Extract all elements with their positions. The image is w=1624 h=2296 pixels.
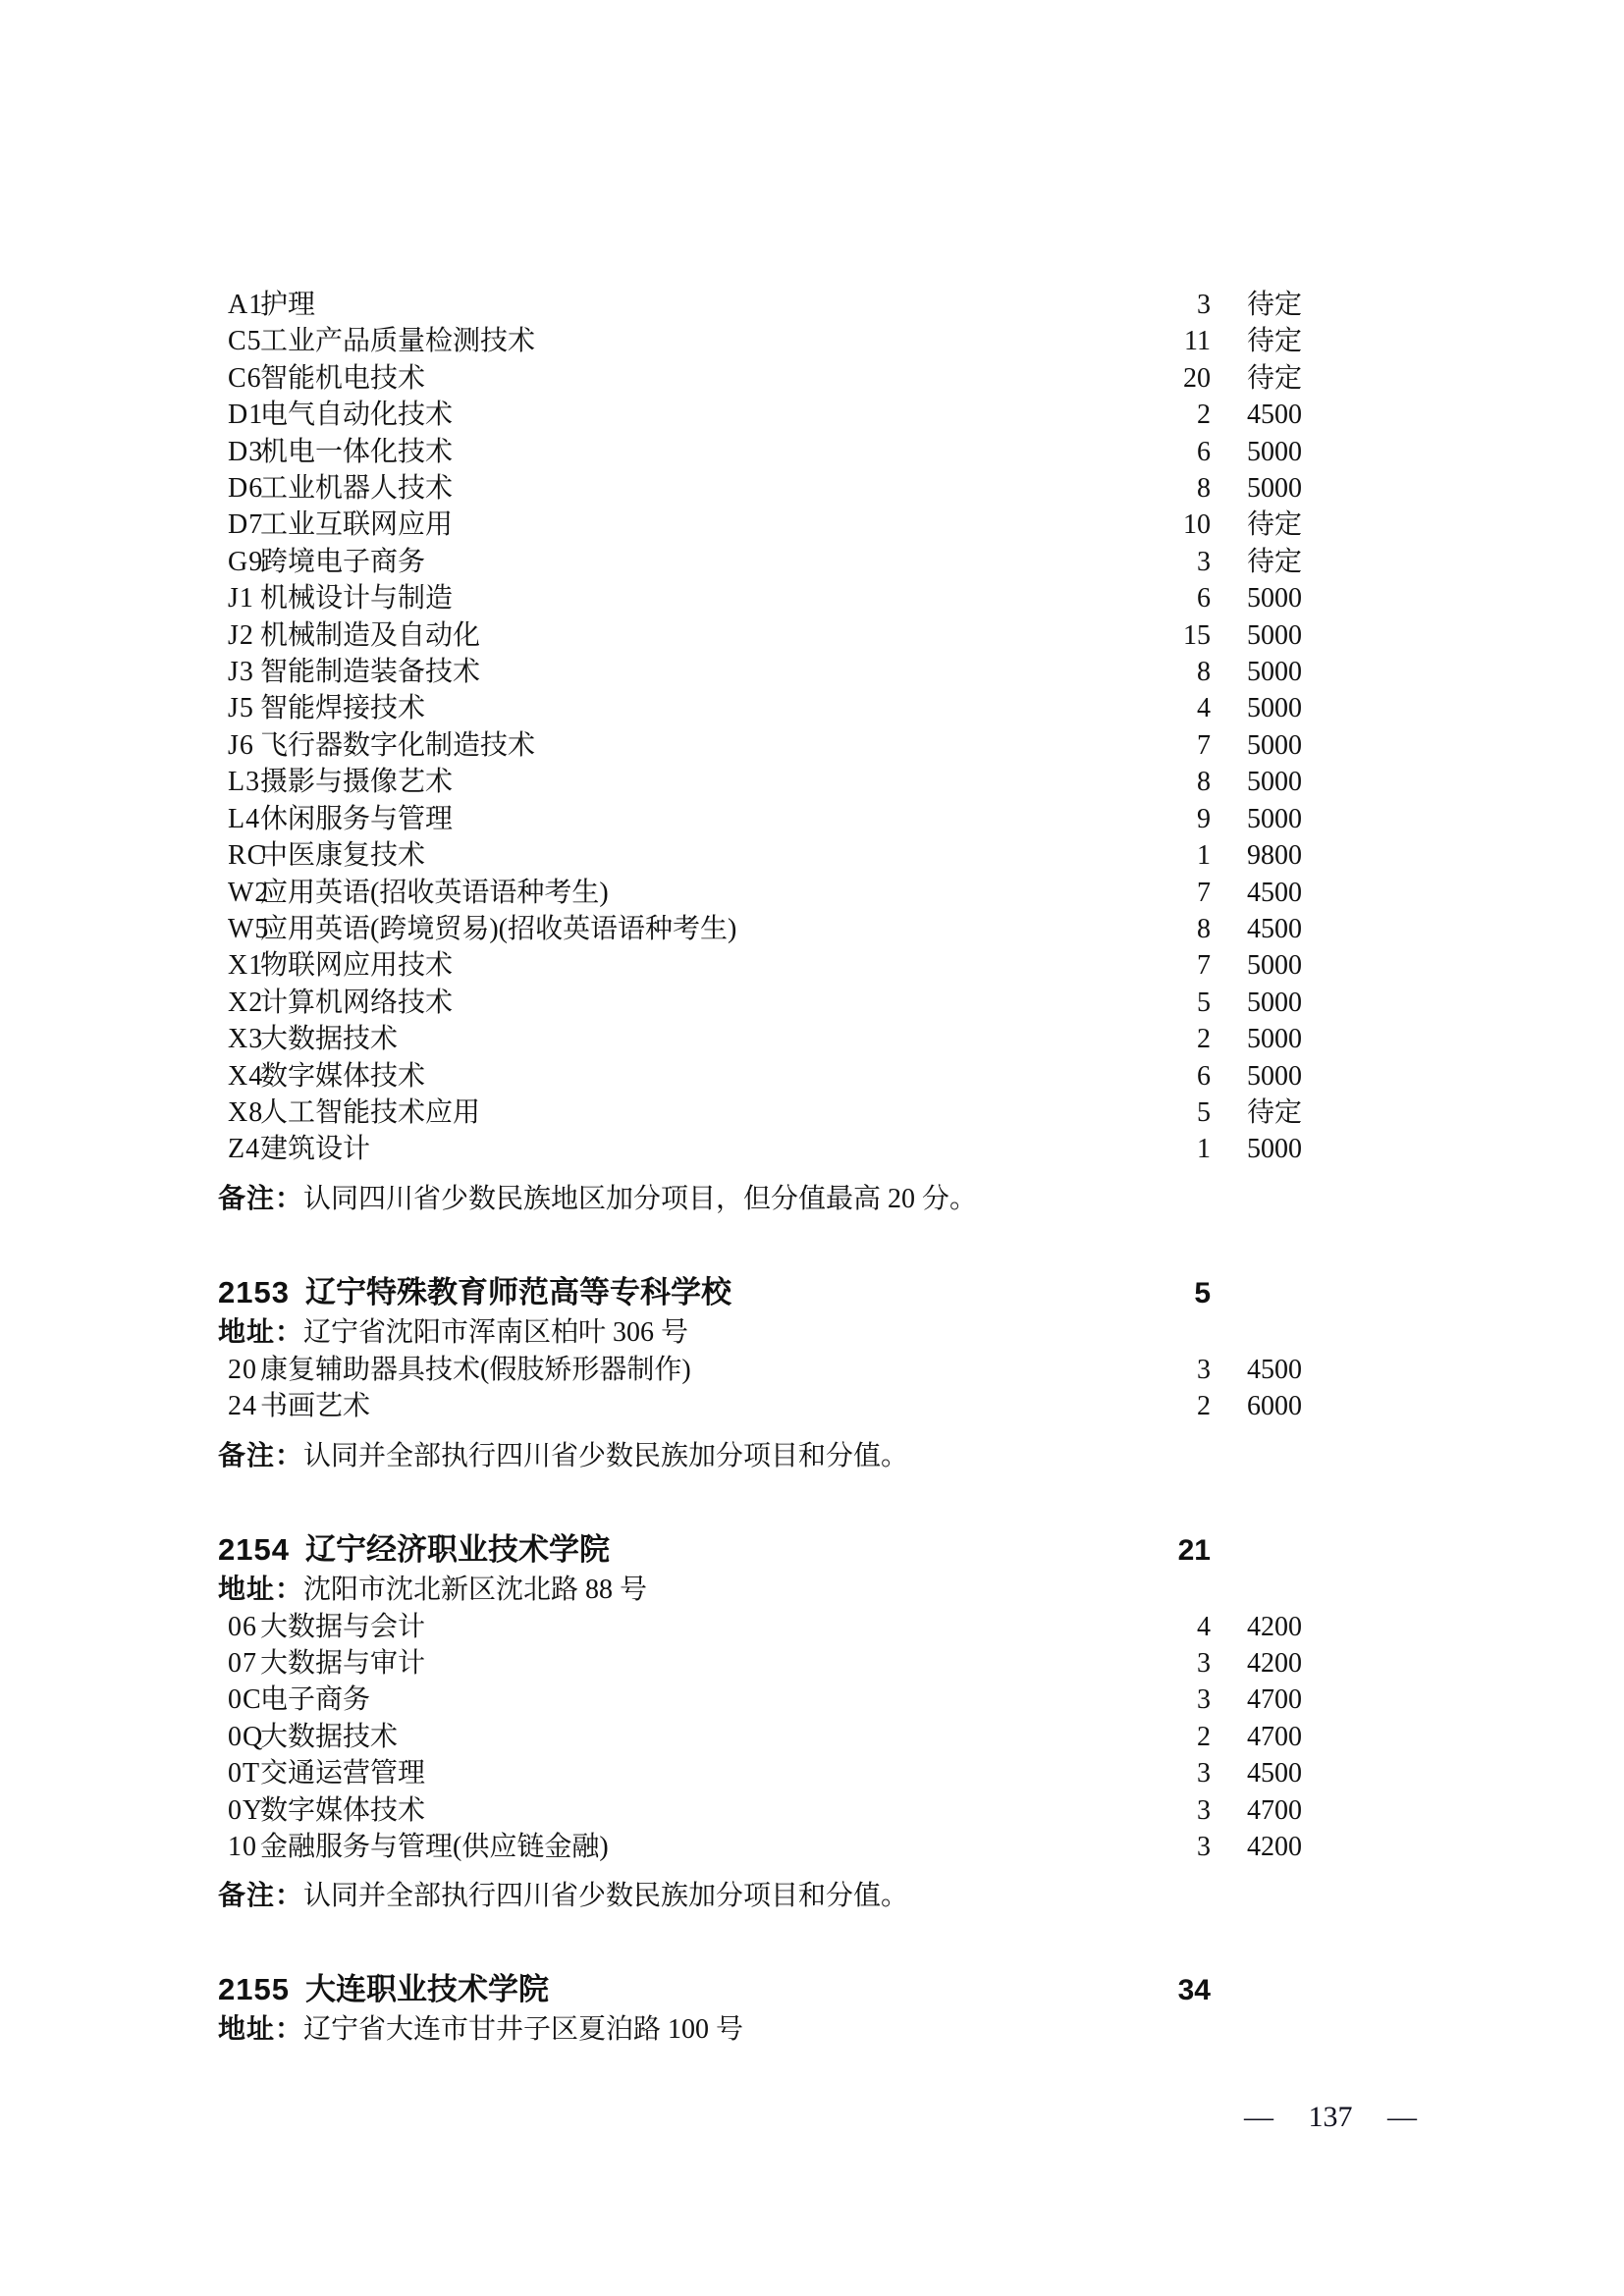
program-row: J3 智能制造装备技术 8 5000 (218, 654, 1308, 690)
program-name: 智能制造装备技术 (260, 654, 1152, 690)
program-tuition: 4500 (1247, 397, 1308, 433)
program-rows: 20 康复辅助器具技术(假肢矫形器制作) 3 4500 24 书画艺术 2 60… (218, 1352, 1308, 1425)
program-name: 大数据技术 (260, 1719, 1152, 1755)
college-code: 2153 (218, 1275, 290, 1309)
program-code: J6 (228, 727, 260, 764)
address-line: 地址：辽宁省大连市甘井子区夏泊路 100 号 (218, 2010, 1308, 2049)
program-tuition: 4700 (1247, 1719, 1308, 1755)
program-tuition: 6000 (1247, 1388, 1308, 1424)
program-code: D3 (228, 434, 260, 470)
program-name: 交通运营管理 (260, 1755, 1152, 1791)
program-tuition: 5000 (1247, 1021, 1308, 1057)
program-row: W2 应用英语(招收英语语种考生) 7 4500 (218, 875, 1308, 911)
program-name: 大数据与会计 (260, 1609, 1152, 1645)
program-code: X1 (228, 947, 260, 984)
address-label: 地址： (218, 1316, 303, 1347)
program-tuition: 5000 (1247, 985, 1308, 1021)
program-name: 中医康复技术 (260, 837, 1152, 874)
program-code: G9 (228, 544, 260, 580)
section-header: 2155大连职业技术学院 34 (218, 1969, 1308, 2010)
note-value: 认同四川省少数民族地区加分项目，但分值最高 20 分。 (303, 1184, 977, 1214)
college-name: 辽宁经济职业技术学院 (305, 1532, 610, 1567)
program-plan-count: 9 (1152, 801, 1211, 837)
program-tuition: 5000 (1247, 727, 1308, 764)
program-code: 24 (228, 1388, 260, 1424)
program-name: 计算机网络技术 (260, 985, 1152, 1021)
program-row: L4 休闲服务与管理 9 5000 (218, 801, 1308, 837)
program-row: D3 机电一体化技术 6 5000 (218, 434, 1308, 470)
address-line: 地址：沈阳市沈北新区沈北路 88 号 (218, 1571, 1308, 1609)
program-plan-count: 15 (1152, 617, 1211, 654)
program-plan-count: 4 (1152, 1609, 1211, 1645)
program-row: J2 机械制造及自动化 15 5000 (218, 617, 1308, 654)
program-plan-count: 5 (1152, 985, 1211, 1021)
program-plan-count: 8 (1152, 470, 1211, 507)
program-name: 数字媒体技术 (260, 1792, 1152, 1829)
program-rows: A1 护理 3 待定 C5 工业产品质量检测技术 11 待定 C6 智能机电技术… (218, 287, 1308, 1168)
program-row: 0Q 大数据技术 2 4700 (218, 1719, 1308, 1755)
section-title: 2154辽宁经济职业技术学院 (218, 1529, 1152, 1570)
program-code: J3 (228, 654, 260, 690)
college-section: 2155大连职业技术学院 34 地址：辽宁省大连市甘井子区夏泊路 100 号 (218, 1969, 1308, 2049)
section-total-count: 34 (1152, 1970, 1211, 2010)
program-tuition: 4500 (1247, 875, 1308, 911)
program-plan-count: 4 (1152, 690, 1211, 726)
program-code: 0Q (228, 1719, 260, 1755)
program-row: 06 大数据与会计 4 4200 (218, 1609, 1308, 1645)
college-name: 大连职业技术学院 (305, 1972, 549, 2006)
program-plan-count: 7 (1152, 947, 1211, 984)
program-plan-count: 3 (1152, 544, 1211, 580)
program-code: X3 (228, 1021, 260, 1057)
program-plan-count: 3 (1152, 1792, 1211, 1829)
program-name: 飞行器数字化制造技术 (260, 727, 1152, 764)
program-tuition: 5000 (1247, 764, 1308, 800)
program-row: D7 工业互联网应用 10 待定 (218, 507, 1308, 543)
address-label: 地址： (218, 1574, 303, 1604)
program-name: 机械设计与制造 (260, 580, 1152, 616)
program-tuition: 待定 (1247, 360, 1308, 397)
program-name: 书画艺术 (260, 1388, 1152, 1424)
program-row: 20 康复辅助器具技术(假肢矫形器制作) 3 4500 (218, 1352, 1308, 1388)
program-code: 0T (228, 1755, 260, 1791)
program-rows: 06 大数据与会计 4 4200 07 大数据与审计 3 4200 0C 电子商… (218, 1609, 1308, 1866)
program-code: 0Y (228, 1792, 260, 1829)
program-row: L3 摄影与摄像艺术 8 5000 (218, 764, 1308, 800)
program-plan-count: 7 (1152, 875, 1211, 911)
program-name: 应用英语(招收英语语种考生) (260, 875, 1152, 911)
program-tuition: 4500 (1247, 1352, 1308, 1388)
program-code: W2 (228, 875, 260, 911)
program-tuition: 待定 (1247, 507, 1308, 543)
section-title: 2153辽宁特殊教育师范高等专科学校 (218, 1272, 1152, 1312)
program-row: J1 机械设计与制造 6 5000 (218, 580, 1308, 616)
program-row: 10 金融服务与管理(供应链金融) 3 4200 (218, 1829, 1308, 1865)
program-tuition: 5000 (1247, 1131, 1308, 1167)
college-section: 2154辽宁经济职业技术学院 21 地址：沈阳市沈北新区沈北路 88 号 06 … (218, 1529, 1308, 1916)
program-row: 0Y 数字媒体技术 3 4700 (218, 1792, 1308, 1829)
program-tuition: 待定 (1247, 1095, 1308, 1131)
program-code: D1 (228, 397, 260, 433)
program-code: W5 (228, 911, 260, 947)
program-plan-count: 6 (1152, 1058, 1211, 1095)
program-row: RC 中医康复技术 1 9800 (218, 837, 1308, 874)
note-line: 备注：认同并全部执行四川省少数民族加分项目和分值。 (218, 1877, 1308, 1915)
program-tuition: 4200 (1247, 1609, 1308, 1645)
program-name: 工业产品质量检测技术 (260, 323, 1152, 359)
program-plan-count: 11 (1152, 323, 1211, 359)
program-row: 07 大数据与审计 3 4200 (218, 1645, 1308, 1682)
program-row: W5 应用英语(跨境贸易)(招收英语语种考生) 8 4500 (218, 911, 1308, 947)
program-row: X8 人工智能技术应用 5 待定 (218, 1095, 1308, 1131)
program-name: 电气自动化技术 (260, 397, 1152, 433)
program-row: X4 数字媒体技术 6 5000 (218, 1058, 1308, 1095)
content-area: A1 护理 3 待定 C5 工业产品质量检测技术 11 待定 C6 智能机电技术… (218, 287, 1308, 2049)
program-row: D6 工业机器人技术 8 5000 (218, 470, 1308, 507)
program-plan-count: 8 (1152, 764, 1211, 800)
program-tuition: 待定 (1247, 287, 1308, 323)
program-plan-count: 20 (1152, 360, 1211, 397)
program-row: 24 书画艺术 2 6000 (218, 1388, 1308, 1424)
program-tuition: 4500 (1247, 911, 1308, 947)
program-name: 大数据与审计 (260, 1645, 1152, 1682)
program-code: L3 (228, 764, 260, 800)
program-code: X2 (228, 985, 260, 1021)
college-code: 2155 (218, 1972, 290, 2006)
program-row: C5 工业产品质量检测技术 11 待定 (218, 323, 1308, 359)
program-plan-count: 7 (1152, 727, 1211, 764)
program-tuition: 5000 (1247, 801, 1308, 837)
program-name: 智能焊接技术 (260, 690, 1152, 726)
college-section: A1 护理 3 待定 C5 工业产品质量检测技术 11 待定 C6 智能机电技术… (218, 287, 1308, 1218)
page-number: — 137 — (1244, 2102, 1417, 2133)
program-tuition: 5000 (1247, 580, 1308, 616)
program-plan-count: 10 (1152, 507, 1211, 543)
program-code: D6 (228, 470, 260, 507)
program-plan-count: 6 (1152, 580, 1211, 616)
program-plan-count: 3 (1152, 1645, 1211, 1682)
program-row: A1 护理 3 待定 (218, 287, 1308, 323)
program-name: 物联网应用技术 (260, 947, 1152, 984)
program-plan-count: 2 (1152, 1388, 1211, 1424)
program-code: 07 (228, 1645, 260, 1682)
section-total-count: 5 (1152, 1273, 1211, 1313)
program-plan-count: 3 (1152, 287, 1211, 323)
program-row: G9 跨境电子商务 3 待定 (218, 544, 1308, 580)
program-name: 电子商务 (260, 1682, 1152, 1718)
program-code: Z4 (228, 1131, 260, 1167)
address-label: 地址： (218, 2013, 303, 2044)
note-value: 认同并全部执行四川省少数民族加分项目和分值。 (303, 1441, 908, 1471)
program-name: 大数据技术 (260, 1021, 1152, 1057)
program-plan-count: 6 (1152, 434, 1211, 470)
program-plan-count: 1 (1152, 1131, 1211, 1167)
program-plan-count: 3 (1152, 1829, 1211, 1865)
program-tuition: 4200 (1247, 1829, 1308, 1865)
program-plan-count: 5 (1152, 1095, 1211, 1131)
program-tuition: 5000 (1247, 617, 1308, 654)
program-row: D1 电气自动化技术 2 4500 (218, 397, 1308, 433)
program-plan-count: 3 (1152, 1755, 1211, 1791)
address-line: 地址：辽宁省沈阳市浑南区柏叶 306 号 (218, 1313, 1308, 1352)
program-code: A1 (228, 287, 260, 323)
program-code: 06 (228, 1609, 260, 1645)
program-name: 应用英语(跨境贸易)(招收英语语种考生) (260, 911, 1152, 947)
program-row: 0T 交通运营管理 3 4500 (218, 1755, 1308, 1791)
program-row: X3 大数据技术 2 5000 (218, 1021, 1308, 1057)
address-value: 辽宁省大连市甘井子区夏泊路 100 号 (303, 2014, 743, 2045)
section-header: 2154辽宁经济职业技术学院 21 (218, 1529, 1308, 1571)
section-title: 2155大连职业技术学院 (218, 1969, 1152, 2009)
program-tuition: 4700 (1247, 1682, 1308, 1718)
program-name: 机械制造及自动化 (260, 617, 1152, 654)
program-name: 机电一体化技术 (260, 434, 1152, 470)
program-code: 20 (228, 1352, 260, 1388)
program-name: 智能机电技术 (260, 360, 1152, 397)
program-name: 数字媒体技术 (260, 1058, 1152, 1095)
program-code: X8 (228, 1095, 260, 1131)
program-tuition: 待定 (1247, 323, 1308, 359)
program-tuition: 4500 (1247, 1755, 1308, 1791)
program-code: D7 (228, 507, 260, 543)
program-name: 休闲服务与管理 (260, 801, 1152, 837)
program-code: J1 (228, 580, 260, 616)
note-line: 备注：认同并全部执行四川省少数民族加分项目和分值。 (218, 1437, 1308, 1475)
program-tuition: 4200 (1247, 1645, 1308, 1682)
program-code: C6 (228, 360, 260, 397)
program-name: 建筑设计 (260, 1131, 1152, 1167)
program-tuition: 5000 (1247, 690, 1308, 726)
program-tuition: 5000 (1247, 1058, 1308, 1095)
program-name: 金融服务与管理(供应链金融) (260, 1829, 1152, 1865)
section-header: 2153辽宁特殊教育师范高等专科学校 5 (218, 1272, 1308, 1313)
program-plan-count: 8 (1152, 654, 1211, 690)
program-code: RC (228, 837, 260, 874)
program-code: J2 (228, 617, 260, 654)
program-plan-count: 2 (1152, 1021, 1211, 1057)
program-tuition: 4700 (1247, 1792, 1308, 1829)
program-code: 10 (228, 1829, 260, 1865)
college-code: 2154 (218, 1532, 290, 1567)
program-code: X4 (228, 1058, 260, 1095)
program-name: 工业机器人技术 (260, 470, 1152, 507)
program-name: 康复辅助器具技术(假肢矫形器制作) (260, 1352, 1152, 1388)
program-tuition: 5000 (1247, 470, 1308, 507)
program-name: 摄影与摄像艺术 (260, 764, 1152, 800)
note-label: 备注： (218, 1880, 303, 1910)
note-label: 备注： (218, 1183, 303, 1213)
program-row: 0C 电子商务 3 4700 (218, 1682, 1308, 1718)
program-row: J6 飞行器数字化制造技术 7 5000 (218, 727, 1308, 764)
program-plan-count: 1 (1152, 837, 1211, 874)
program-name: 护理 (260, 287, 1152, 323)
program-code: L4 (228, 801, 260, 837)
address-value: 沈阳市沈北新区沈北路 88 号 (303, 1575, 647, 1605)
document-page: A1 护理 3 待定 C5 工业产品质量检测技术 11 待定 C6 智能机电技术… (0, 0, 1624, 2296)
program-tuition: 5000 (1247, 947, 1308, 984)
program-name: 跨境电子商务 (260, 544, 1152, 580)
note-line: 备注：认同四川省少数民族地区加分项目，但分值最高 20 分。 (218, 1180, 1308, 1218)
program-plan-count: 3 (1152, 1352, 1211, 1388)
program-code: C5 (228, 323, 260, 359)
address-value: 辽宁省沈阳市浑南区柏叶 306 号 (303, 1317, 688, 1348)
section-total-count: 21 (1152, 1530, 1211, 1571)
program-code: J5 (228, 690, 260, 726)
program-plan-count: 3 (1152, 1682, 1211, 1718)
program-tuition: 9800 (1247, 837, 1308, 874)
program-tuition: 待定 (1247, 544, 1308, 580)
college-name: 辽宁特殊教育师范高等专科学校 (305, 1275, 731, 1309)
program-row: J5 智能焊接技术 4 5000 (218, 690, 1308, 726)
program-name: 工业互联网应用 (260, 507, 1152, 543)
program-row: Z4 建筑设计 1 5000 (218, 1131, 1308, 1167)
program-row: X2 计算机网络技术 5 5000 (218, 985, 1308, 1021)
program-tuition: 5000 (1247, 654, 1308, 690)
program-plan-count: 2 (1152, 397, 1211, 433)
program-tuition: 5000 (1247, 434, 1308, 470)
college-section: 2153辽宁特殊教育师范高等专科学校 5 地址：辽宁省沈阳市浑南区柏叶 306 … (218, 1272, 1308, 1475)
program-name: 人工智能技术应用 (260, 1095, 1152, 1131)
program-plan-count: 2 (1152, 1719, 1211, 1755)
program-code: 0C (228, 1682, 260, 1718)
program-plan-count: 8 (1152, 911, 1211, 947)
note-value: 认同并全部执行四川省少数民族加分项目和分值。 (303, 1881, 908, 1911)
note-label: 备注： (218, 1440, 303, 1470)
program-row: C6 智能机电技术 20 待定 (218, 360, 1308, 397)
program-row: X1 物联网应用技术 7 5000 (218, 947, 1308, 984)
